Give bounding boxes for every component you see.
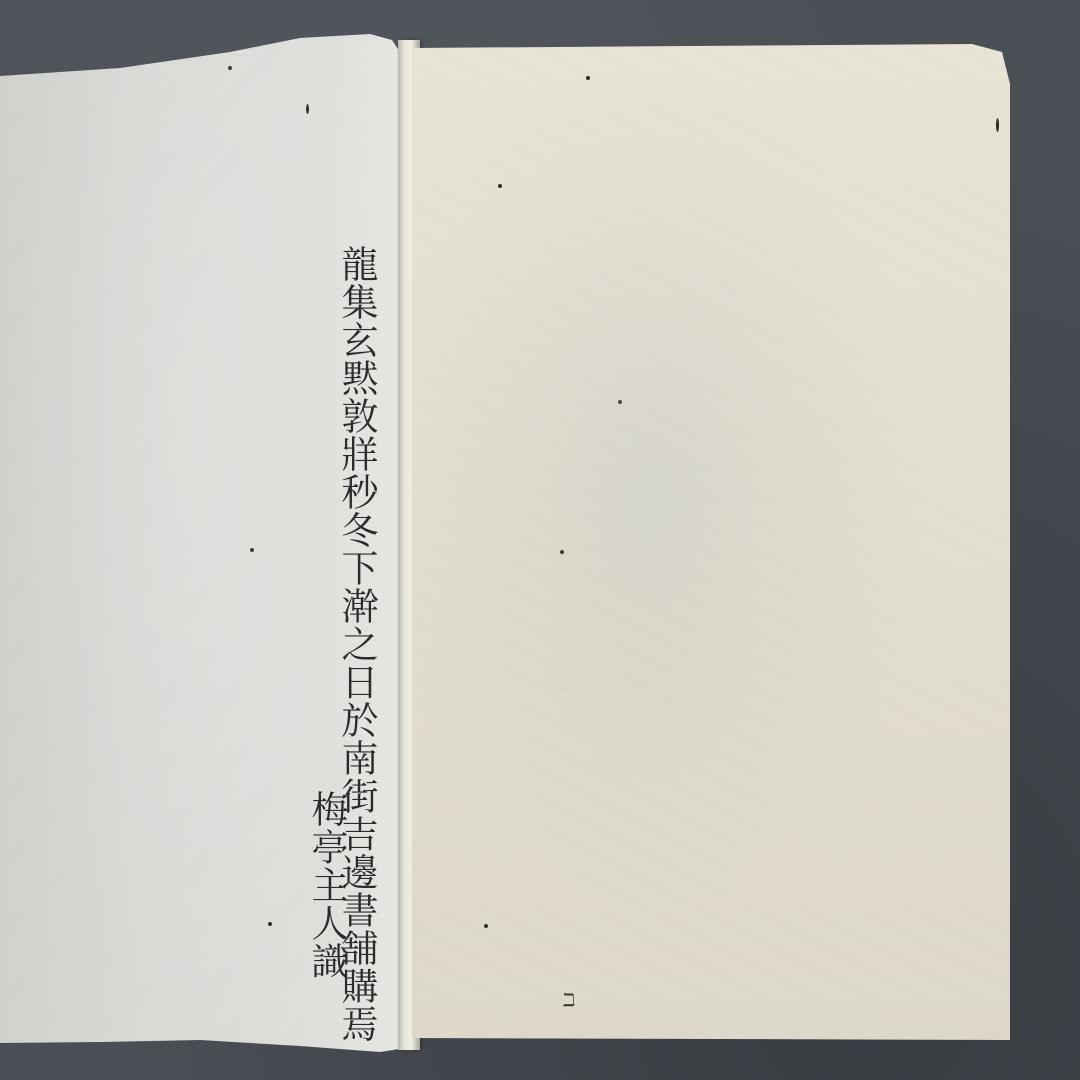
wormhole [484,924,488,928]
inscription-signature: 梅亭主人識 [308,790,345,980]
wormhole [586,76,590,80]
wormhole [618,400,622,404]
wormhole [306,104,309,114]
wormhole [996,118,999,132]
wormhole [268,922,272,926]
wormhole [228,66,232,70]
wormhole [250,548,254,552]
wormhole [498,184,502,188]
bottom-mark: ℶ [563,990,575,1011]
right-page [412,44,1010,1040]
wormhole [560,550,564,554]
